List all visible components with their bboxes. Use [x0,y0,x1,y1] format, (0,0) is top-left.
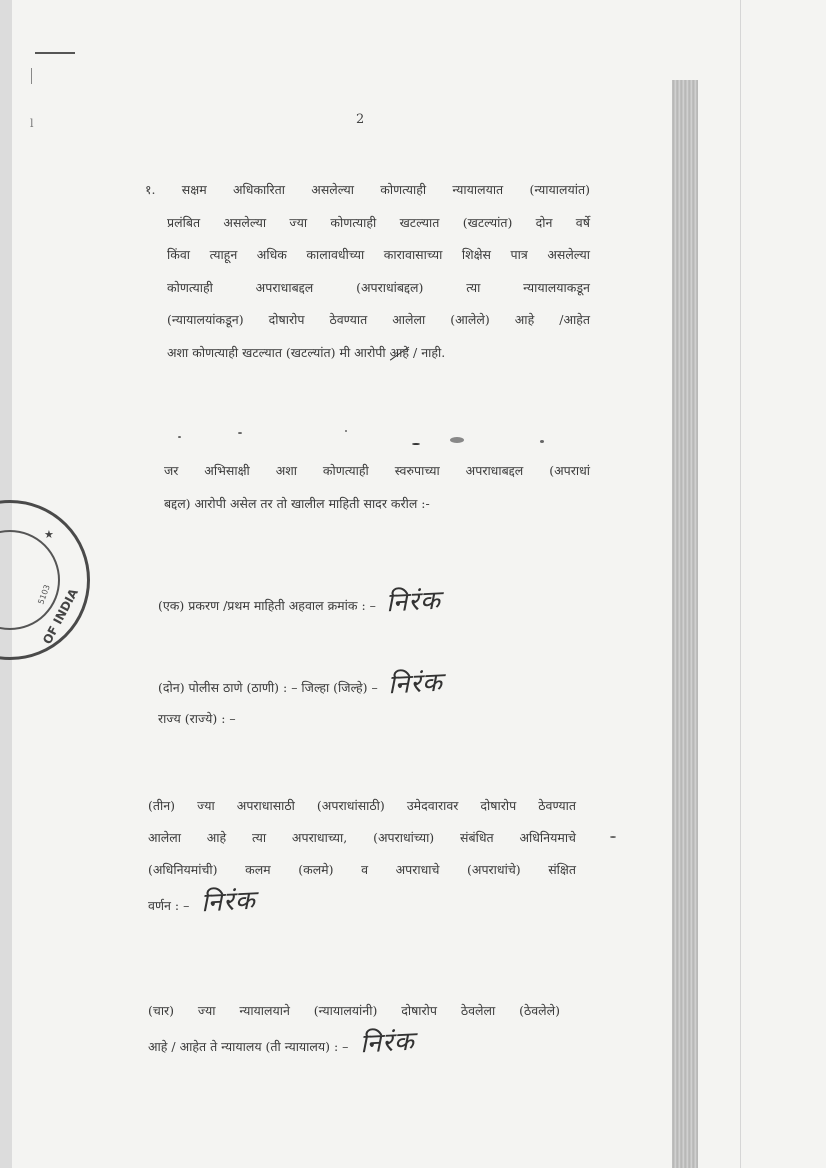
item-one: (एक) प्रकरण /प्रथम माहिती अहवाल क्रमांक … [158,582,441,618]
binding-shadow [672,80,698,1168]
item-one-answer: निरंक [385,581,442,620]
item-four: (चार) ज्या न्यायालयाने (न्यायालयांनी) दो… [148,995,560,1063]
left-margin-mark: l [30,117,34,130]
item-two-label: (दोन) पोलीस ठाणे (ठाणी) : – जिल्हा (जिल्… [158,680,378,695]
item-three-last: वर्णन : – निरंक [148,886,576,922]
condition-paragraph: जर अभिसाक्षी अशा कोणत्याही स्वरुपाच्या अ… [164,455,590,520]
item-line: (चार) ज्या न्यायालयाने (न्यायालयांनी) दो… [148,995,560,1027]
scan-speck [238,432,242,434]
scan-speck [412,443,420,445]
item-line: (तीन) ज्या अपराधासाठी (अपराधांसाठी) उमेद… [148,790,576,822]
paragraph-last-line: अशा कोणत्याही खटल्यात (खटल्यांत) मी आरोप… [145,337,590,370]
paragraph-line: जर अभिसाक्षी अशा कोणत्याही स्वरुपाच्या अ… [164,455,590,488]
item-two-state: राज्य (राज्ये) : – [158,710,236,727]
scan-speck [345,430,347,432]
declaration-paragraph: १. सक्षम अधिकारिता असलेल्या कोणत्याही न्… [145,174,590,369]
item-three-label: वर्णन : – [148,898,189,913]
paragraph-line: प्रलंबित असलेल्या ज्या कोणत्याही खटल्यात… [145,207,590,240]
page-edge-line [740,0,741,1168]
scan-speck [610,836,616,838]
option-separator: / [409,345,421,360]
item-line: आलेला आहे त्या अपराधाच्या, (अपराधांच्या)… [148,822,576,854]
scan-speck [450,437,464,443]
paragraph-line: (न्यायालयांकडून) दोषारोप ठेवण्यात आलेला … [145,304,590,337]
struck-option: आहे [390,337,409,370]
paragraph-line: १. सक्षम अधिकारिता असलेल्या कोणत्याही न्… [145,174,590,207]
scan-speck [540,440,544,443]
item-four-last: आहे / आहेत ते न्यायालय (ती न्यायालय) : –… [148,1027,560,1063]
item-four-label: आहे / आहेत ते न्यायालय (ती न्यायालय) : – [148,1039,348,1054]
scan-speck [178,436,181,438]
item-two-answer: निरंक [387,663,444,702]
stamp-star-icon: ★ [44,528,54,541]
item-line: (अधिनियमांची) कलम (कलमे) व अपराधाचे (अपर… [148,854,576,886]
corner-tick [31,68,32,84]
item-four-answer: निरंक [360,1026,416,1061]
item-two: (दोन) पोलीस ठाणे (ठाणी) : – जिल्हा (जिल्… [158,664,442,700]
item-three-answer: निरंक [201,885,257,920]
last-line-prefix: अशा कोणत्याही खटल्यात (खटल्यांत) मी आरोप… [167,345,386,360]
item-three: (तीन) ज्या अपराधासाठी (अपराधांसाठी) उमेद… [148,790,576,922]
page-number: 2 [356,112,364,127]
paragraph-line: कोणत्याही अपराधाबद्दल (अपराधांबद्दल) त्य… [145,272,590,305]
paragraph-line: बद्दल) आरोपी असेल तर तो खालील माहिती साद… [164,488,590,521]
item-one-label: (एक) प्रकरण /प्रथम माहिती अहवाल क्रमांक … [158,598,376,613]
corner-mark [35,52,75,54]
paragraph-line: किंवा त्याहून अधिक कालावधीच्या कारावासाच… [145,239,590,272]
selected-option: नाही. [421,345,445,360]
